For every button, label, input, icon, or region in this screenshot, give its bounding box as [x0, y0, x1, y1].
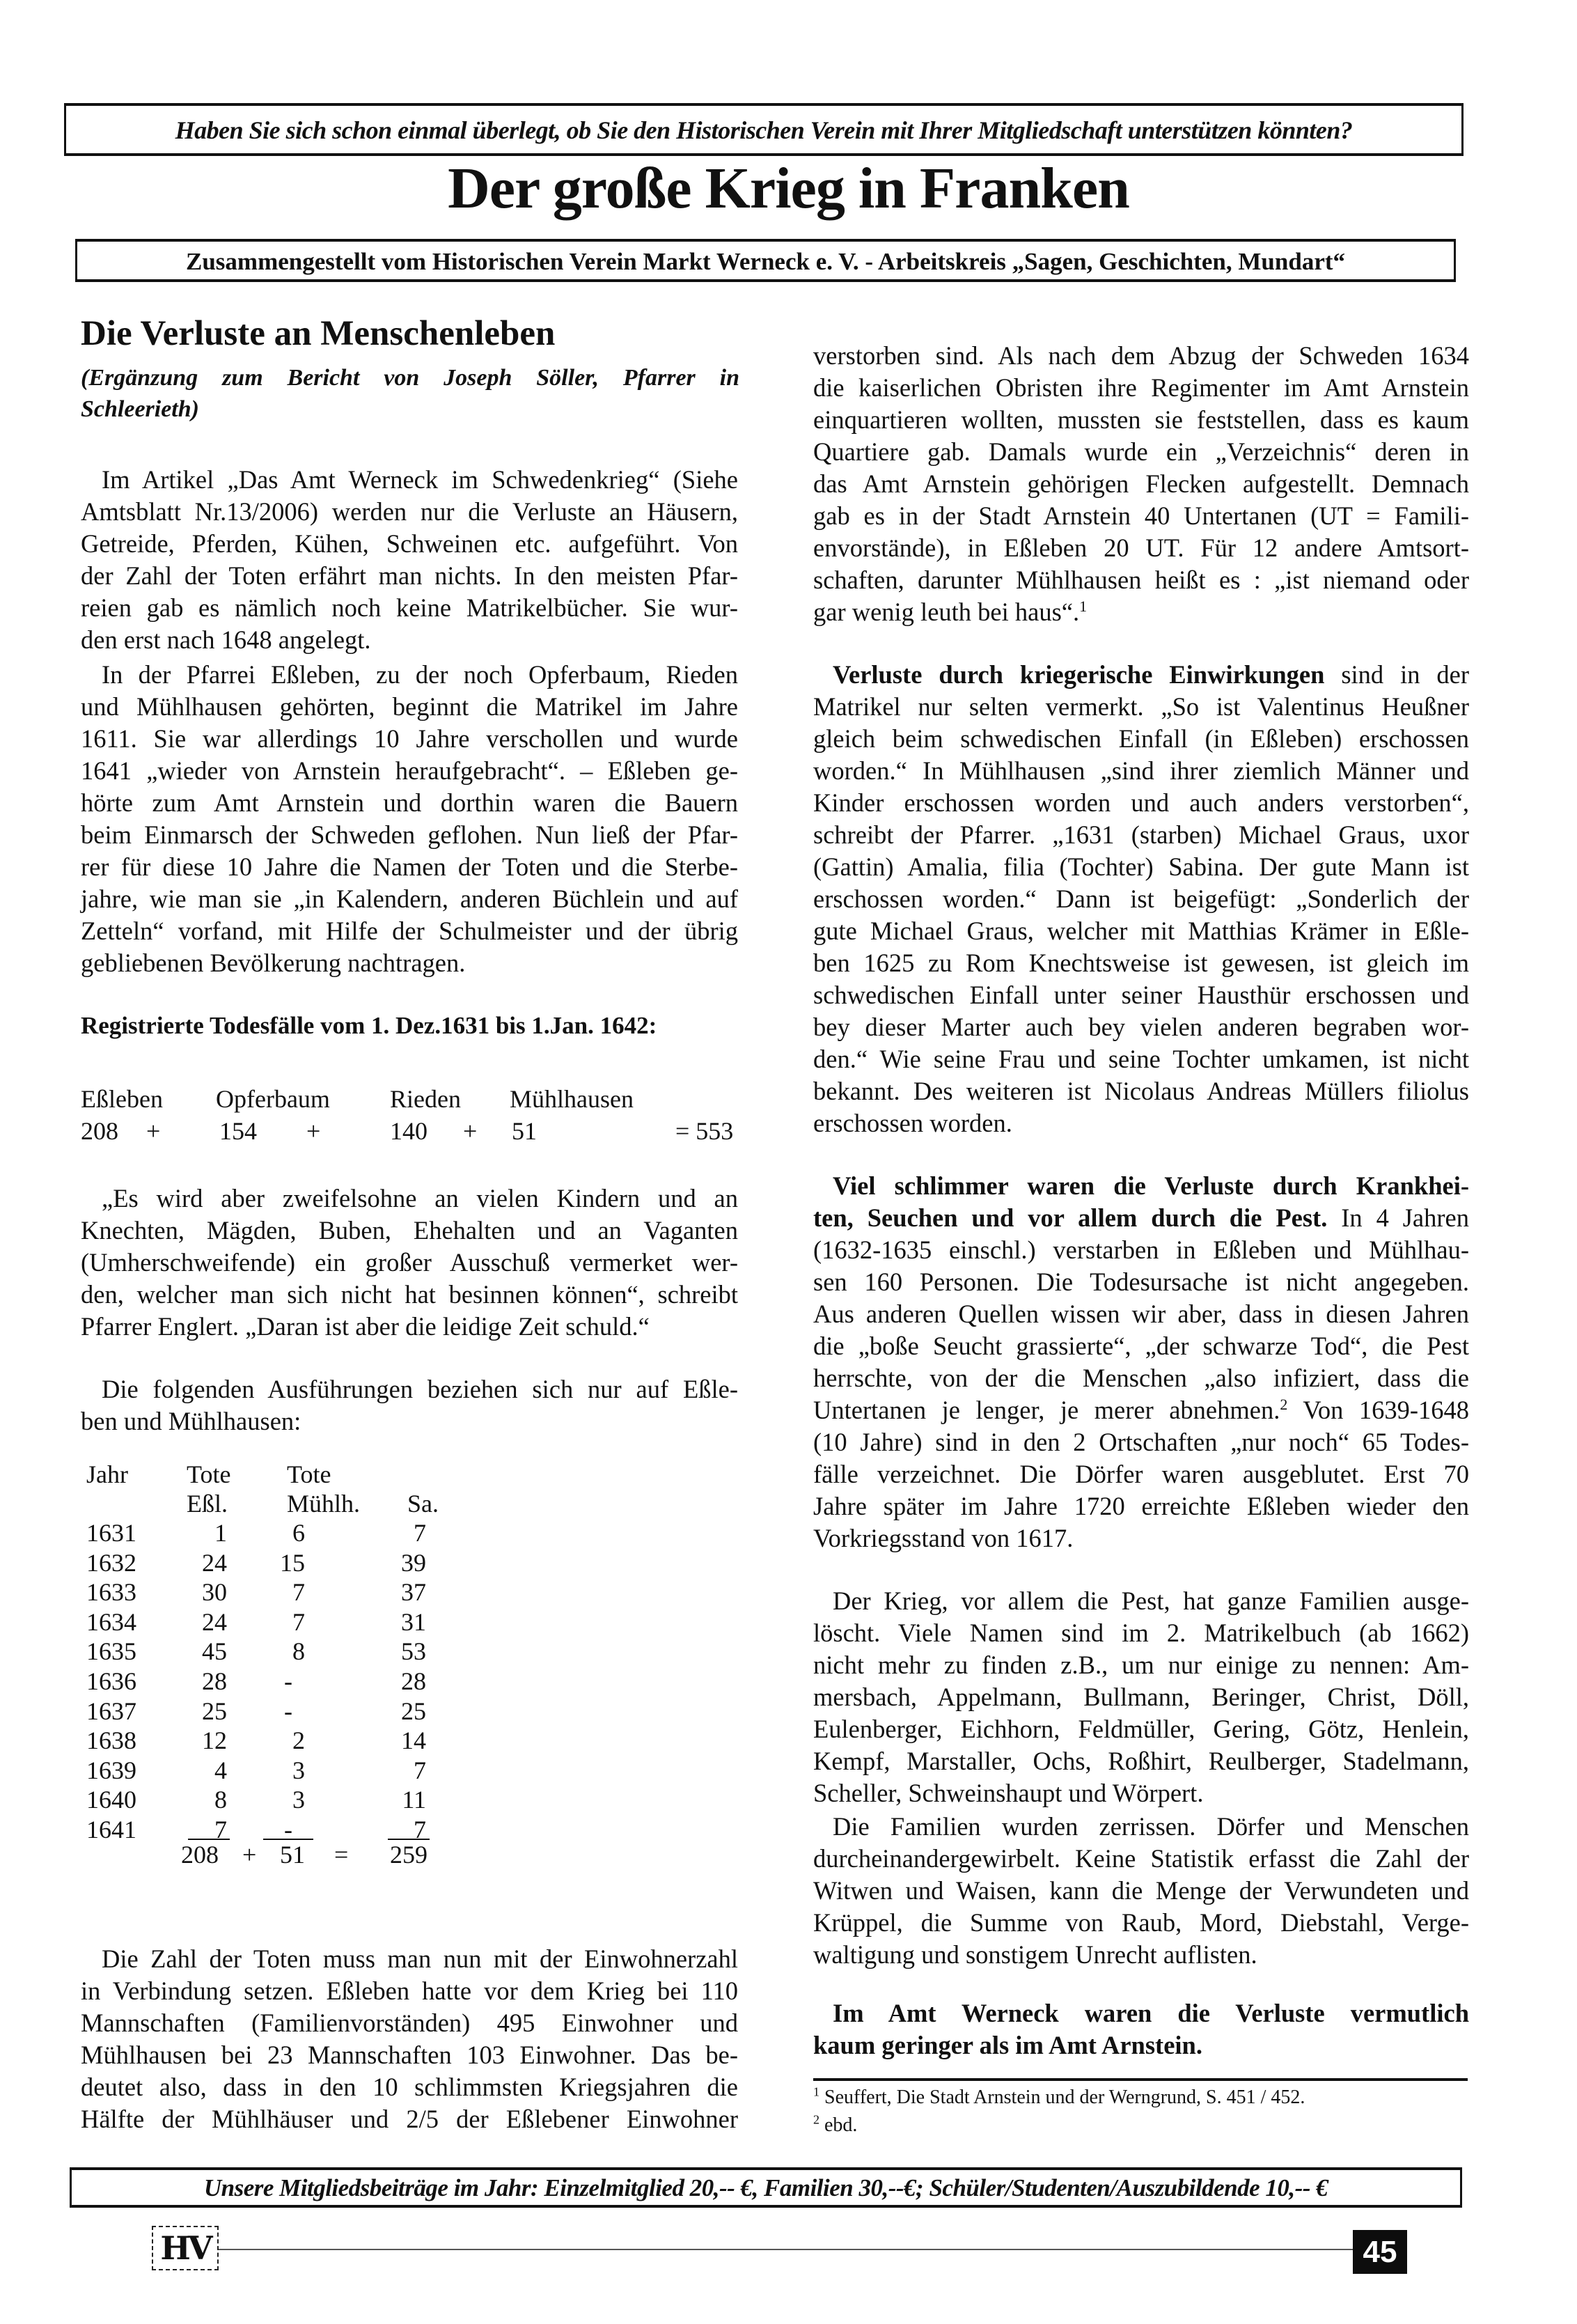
footnote-text: ebd.	[824, 2114, 857, 2136]
footnote-number: 2	[813, 2113, 819, 2127]
footnote-1: 1 Seuffert, Die Stadt Arnstein und der W…	[813, 2085, 1305, 2110]
text-line: bekannt. Des weiteren ist Nicolaus Andre…	[813, 1075, 1469, 1107]
text-line: erschossen worden.	[813, 1107, 1469, 1139]
text-line: löscht. Viele Namen sind im 2. Matrikelb…	[813, 1617, 1469, 1649]
text-line: in Verbindung setzen. Eßleben hatte vor …	[81, 1975, 738, 2007]
year-cell: 1634	[86, 1606, 149, 1638]
table-cell: 7	[272, 1606, 305, 1638]
text-line: herrschte, von der die Menschen „also in…	[813, 1362, 1469, 1394]
text-line: den, welcher man sich nicht hat besinnen…	[81, 1279, 738, 1311]
bold-lead: ten, Seuchen und vor allem durch die Pes…	[813, 1203, 1327, 1232]
registered-deaths-heading: Registrierte Todesfälle vom 1. Dez.1631 …	[81, 1010, 738, 1042]
grand-total: = 553	[675, 1115, 733, 1147]
text-line: deutet also, dass in den 10 schlimmsten …	[81, 2071, 738, 2103]
table-cell: 53	[383, 1635, 426, 1667]
sum-equals: =	[334, 1839, 348, 1871]
table-header: Tote	[287, 1458, 331, 1490]
year-cell: 1633	[86, 1576, 149, 1608]
table-cell: 24	[187, 1606, 227, 1638]
text-line: und Mühlhausen gehörten, beginnt die Mat…	[81, 691, 738, 723]
text-line: jahre, wie man sie „in Kalendern, andere…	[81, 883, 738, 915]
footnote-2: 2 ebd.	[813, 2113, 857, 2138]
text-line: Jahre später im Jahre 1720 erreichte Eßl…	[813, 1490, 1469, 1522]
footnote-text: Seuffert, Die Stadt Arnstein und der Wer…	[824, 2087, 1305, 2108]
text-line: erschossen worden.“ Dann ist beigefügt: …	[813, 883, 1469, 915]
text-line: ben und Mühlhausen:	[81, 1405, 738, 1437]
text-line: worden.“ In Mühlhausen „sind ihrer zieml…	[813, 755, 1469, 787]
table-cell: 15	[272, 1547, 305, 1579]
text-line: Der Krieg, vor allem die Pest, hat ganze…	[833, 1585, 1469, 1617]
table-cell: 7	[383, 1754, 426, 1786]
text-line: Im Artikel „Das Amt Werneck im Schwedenk…	[102, 464, 738, 496]
text-line: Pfarrer Englert. „Daran ist aber die lei…	[81, 1311, 738, 1343]
membership-fees-banner: Unsere Mitgliedsbeiträge im Jahr: Einzel…	[70, 2167, 1462, 2208]
text-line: Quartiere gab. Damals wurde ein „Verzeic…	[813, 436, 1469, 468]
text-fragment: gar wenig leuth bei haus“.	[813, 598, 1079, 626]
footnote-number: 1	[813, 2085, 819, 2099]
table-cell: -	[272, 1665, 305, 1697]
village-value: 154	[219, 1115, 257, 1147]
text-line: waltigung und sonstigem Unrecht aufliste…	[813, 1939, 1469, 1971]
text-line: Untertanen je lenger, je merer abnehmen.…	[813, 1394, 1469, 1426]
text-line: 1641 „wieder von Arnstein heraufgebracht…	[81, 755, 738, 787]
text-line: verstorben sind. Als nach dem Abzug der …	[813, 340, 1469, 372]
table-cell: 1	[187, 1517, 227, 1549]
footer-rule	[219, 2249, 1354, 2250]
table-header: Tote	[187, 1458, 230, 1490]
text-line: die kaiserlichen Obristen ihre Regimente…	[813, 372, 1469, 404]
text-line: Aus anderen Quellen wissen wir aber, das…	[813, 1298, 1469, 1330]
text-line: Zetteln“ vorfand, mit Hilfe der Schulmei…	[81, 915, 738, 947]
article-subheading: (Ergänzung zum Bericht von Joseph Söller…	[81, 362, 739, 425]
text-line: Matrikel nur selten vermerkt. „So ist Va…	[813, 691, 1469, 723]
historischer-verein-logo-icon: HV	[152, 2226, 219, 2270]
text-line: schreibt der Pfarrer. „1631 (starben) Mi…	[813, 819, 1469, 851]
text-line: beim Einmarsch der Schweden geflohen. Nu…	[81, 819, 738, 851]
table-cell: 31	[383, 1606, 426, 1638]
table-cell: 3	[272, 1754, 305, 1786]
text-line: die „boße Seucht grassierte“, „der schwa…	[813, 1330, 1469, 1362]
text-line: der Zahl der Toten erfährt man nichts. I…	[81, 560, 738, 592]
text-line: reien gab es nämlich noch keine Matrikel…	[81, 592, 738, 624]
text-line: Kinder erschossen worden und auch anders…	[813, 787, 1469, 819]
table-cell: 8	[272, 1635, 305, 1667]
sum-essleben: 208	[181, 1839, 219, 1871]
section-heading: Die Verluste an Menschenleben	[81, 313, 555, 354]
table-cell: 7	[272, 1576, 305, 1608]
table-subheader: Eßl.	[187, 1488, 228, 1520]
page-number: 45	[1353, 2230, 1407, 2274]
page-title: Der große Krieg in Franken	[0, 155, 1577, 222]
village-value: 51	[512, 1115, 537, 1147]
credit-text: Zusammengestellt vom Historischen Verein…	[77, 248, 1454, 276]
table-cell: 45	[187, 1635, 227, 1667]
year-cell: 1640	[86, 1784, 149, 1816]
table-cell: 25	[383, 1695, 426, 1727]
text-line: envorstände), in Eßleben 20 UT. Für 12 a…	[813, 532, 1469, 564]
text-line: den.“ Wie seine Frau und seine Tochter u…	[813, 1043, 1469, 1075]
year-cell: 1639	[86, 1754, 149, 1786]
text-line: Krüppel, die Summe von Raub, Mord, Diebs…	[813, 1907, 1469, 1939]
text-line: schwedischen Einfall unter seiner Hausth…	[813, 979, 1469, 1011]
text-fragment: In 4 Jahren	[1327, 1203, 1469, 1232]
text-line: Getreide, Pferden, Kühen, Schweinen etc.…	[81, 528, 738, 560]
text-line: Im Amt Werneck waren die Verluste vermut…	[833, 1997, 1469, 2029]
year-cell: 1637	[86, 1695, 149, 1727]
text-line: ben 1625 zu Rom Knechtsweise ist gewesen…	[813, 947, 1469, 979]
table-cell: 11	[383, 1784, 426, 1816]
text-line: Scheller, Schweinshaupt und Wörpert.	[813, 1777, 1469, 1809]
table-cell: 4	[187, 1754, 227, 1786]
sum-muehlhausen: 51	[280, 1839, 305, 1871]
text-line: fälle verzeichnet. Die Dörfer waren ausg…	[813, 1458, 1469, 1490]
village-name: Rieden	[390, 1083, 461, 1115]
credit-banner: Zusammengestellt vom Historischen Verein…	[75, 239, 1456, 282]
table-cell: 30	[187, 1576, 227, 1608]
village-value: 208	[81, 1115, 118, 1147]
text-line: (Gattin) Amalia, filia (Tochter) Sabina.…	[813, 851, 1469, 883]
text-line: gebliebenen Bevölkerung nachtragen.	[81, 947, 738, 979]
text-line: hörte zum Amt Arnstein und dorthin waren…	[81, 787, 738, 819]
text-line: Hälfte der Mühlhäuser und 2/5 der Eßlebe…	[81, 2103, 738, 2135]
text-line: Witwen und Waisen, kann die Menge der Ve…	[813, 1875, 1469, 1907]
text-line: gab es in der Stadt Arnstein 40 Untertan…	[813, 500, 1469, 532]
text-line: Amtsblatt Nr.13/2006) werden nur die Ver…	[81, 496, 738, 528]
text-line: Verluste durch kriegerische Einwirkungen…	[833, 659, 1469, 691]
year-cell: 1635	[86, 1635, 149, 1667]
text-fragment: Von 1639-1648	[1287, 1396, 1469, 1424]
text-line: (Umherschweifende) ein großer Ausschuß v…	[81, 1247, 738, 1279]
text-line: mersbach, Appelmann, Bullmann, Beringer,…	[813, 1681, 1469, 1713]
table-cell: 2	[272, 1724, 305, 1756]
text-line: Knechten, Mägden, Buben, Ehehalten und a…	[81, 1215, 738, 1247]
table-cell: 7	[383, 1517, 426, 1549]
text-line: Mühlhausen bei 23 Mannschaften 103 Einwo…	[81, 2039, 738, 2071]
table-subheader: Mühlh.	[287, 1488, 360, 1520]
table-cell: 39	[383, 1547, 426, 1579]
text-line: schaften, darunter Mühlhausen heißt es :…	[813, 564, 1469, 596]
text-line: sen 160 Personen. Die Todesursache ist n…	[813, 1266, 1469, 1298]
text-line: rer für diese 10 Jahre die Namen der Tot…	[81, 851, 738, 883]
text-line: 1611. Sie war allerdings 10 Jahre versch…	[81, 723, 738, 755]
text-line: gleich beim schwedischen Einfall (in Eßl…	[813, 723, 1469, 755]
year-cell: 1631	[86, 1517, 149, 1549]
text-line: gute Michael Graus, welcher mit Matthias…	[813, 915, 1469, 947]
footnote-ref: 2	[1280, 1396, 1287, 1413]
text-line: Die folgenden Ausführungen beziehen sich…	[102, 1373, 738, 1405]
plus-sign: +	[306, 1115, 320, 1147]
table-cell: 14	[383, 1724, 426, 1756]
footnote-ref: 1	[1079, 598, 1087, 615]
village-name: Mühlhausen	[510, 1083, 634, 1115]
text-line: Mannschaften (Familienvorständen) 495 Ei…	[81, 2007, 738, 2039]
text-line: bey dieser Marter auch bey vielen andere…	[813, 1011, 1469, 1043]
table-cell: 37	[383, 1576, 426, 1608]
table-subheader: Sa.	[407, 1488, 439, 1520]
plus-sign: +	[146, 1115, 160, 1147]
table-cell: 3	[272, 1784, 305, 1816]
table-cell: 12	[187, 1724, 227, 1756]
text-line: (10 Jahre) sind in den 2 Ortschaften „nu…	[813, 1426, 1469, 1458]
subheading-line: Schleerieth)	[81, 393, 739, 425]
text-line: den erst nach 1648 angelegt.	[81, 624, 738, 656]
text-line: Kempf, Marstaller, Ochs, Roßhirt, Reulbe…	[813, 1745, 1469, 1777]
text-line: „Es wird aber zweifelsohne an vielen Kin…	[102, 1183, 738, 1215]
logo-monogram: HV	[160, 2229, 210, 2267]
table-cell: 28	[383, 1665, 426, 1697]
text-line: Vorkriegsstand von 1617.	[813, 1522, 1469, 1554]
promo-text: Haben Sie sich schon einmal überlegt, ob…	[66, 116, 1461, 145]
bold-lead: Verluste durch kriegerische Einwirkungen	[833, 660, 1324, 689]
table-cell: 28	[187, 1665, 227, 1697]
text-line: kaum geringer als im Amt Arnstein.	[813, 2029, 1469, 2061]
sum-plus: +	[242, 1839, 256, 1871]
text-line: Viel schlimmer waren die Verluste durch …	[833, 1170, 1469, 1202]
text-fragment: Untertanen je lenger, je merer abnehmen.	[813, 1396, 1280, 1424]
plus-sign: +	[463, 1115, 477, 1147]
year-cell: 1638	[86, 1724, 149, 1756]
text-fragment: sind in der	[1324, 660, 1469, 689]
footnote-separator	[813, 2078, 1468, 2081]
subheading-line: (Ergänzung zum Bericht von Joseph Söller…	[81, 362, 739, 393]
text-line: (1632-1635 einschl.) verstarben in Eßleb…	[813, 1234, 1469, 1266]
text-line: In der Pfarrei Eßleben, zu der noch Opfe…	[102, 659, 738, 691]
sum-total: 259	[390, 1839, 427, 1871]
table-cell: 8	[187, 1784, 227, 1816]
text-line: das Amt Arnstein gehörigen Flecken aufge…	[813, 468, 1469, 500]
table-cell: 6	[272, 1517, 305, 1549]
year-cell: 1636	[86, 1665, 149, 1697]
table-cell: -	[272, 1695, 305, 1727]
village-name: Opferbaum	[216, 1083, 330, 1115]
text-line: ten, Seuchen und vor allem durch die Pes…	[813, 1202, 1469, 1234]
membership-fees-text: Unsere Mitgliedsbeiträge im Jahr: Einzel…	[72, 2174, 1460, 2202]
table-cell: 25	[187, 1695, 227, 1727]
table-cell: 24	[187, 1547, 227, 1579]
year-cell: 1632	[86, 1547, 149, 1579]
text-line: Die Familien wurden zerrissen. Dörfer un…	[833, 1811, 1469, 1843]
text-line: Eulenberger, Eichhorn, Feldmüller, Gerin…	[813, 1713, 1469, 1745]
text-line: einquartieren wollten, mussten sie fests…	[813, 404, 1469, 436]
village-value: 140	[390, 1115, 427, 1147]
year-cell: 1641	[86, 1814, 149, 1846]
village-name: Eßleben	[81, 1083, 163, 1115]
promo-banner: Haben Sie sich schon einmal überlegt, ob…	[64, 103, 1464, 156]
text-line: durcheinandergewirbelt. Keine Statistik …	[813, 1843, 1469, 1875]
text-line: gar wenig leuth bei haus“.1	[813, 596, 1469, 628]
text-line: Die Zahl der Toten muss man nun mit der …	[102, 1943, 738, 1975]
text-line: nicht mehr zu finden z.B., um nur einige…	[813, 1649, 1469, 1681]
table-header: Jahr	[86, 1458, 128, 1490]
